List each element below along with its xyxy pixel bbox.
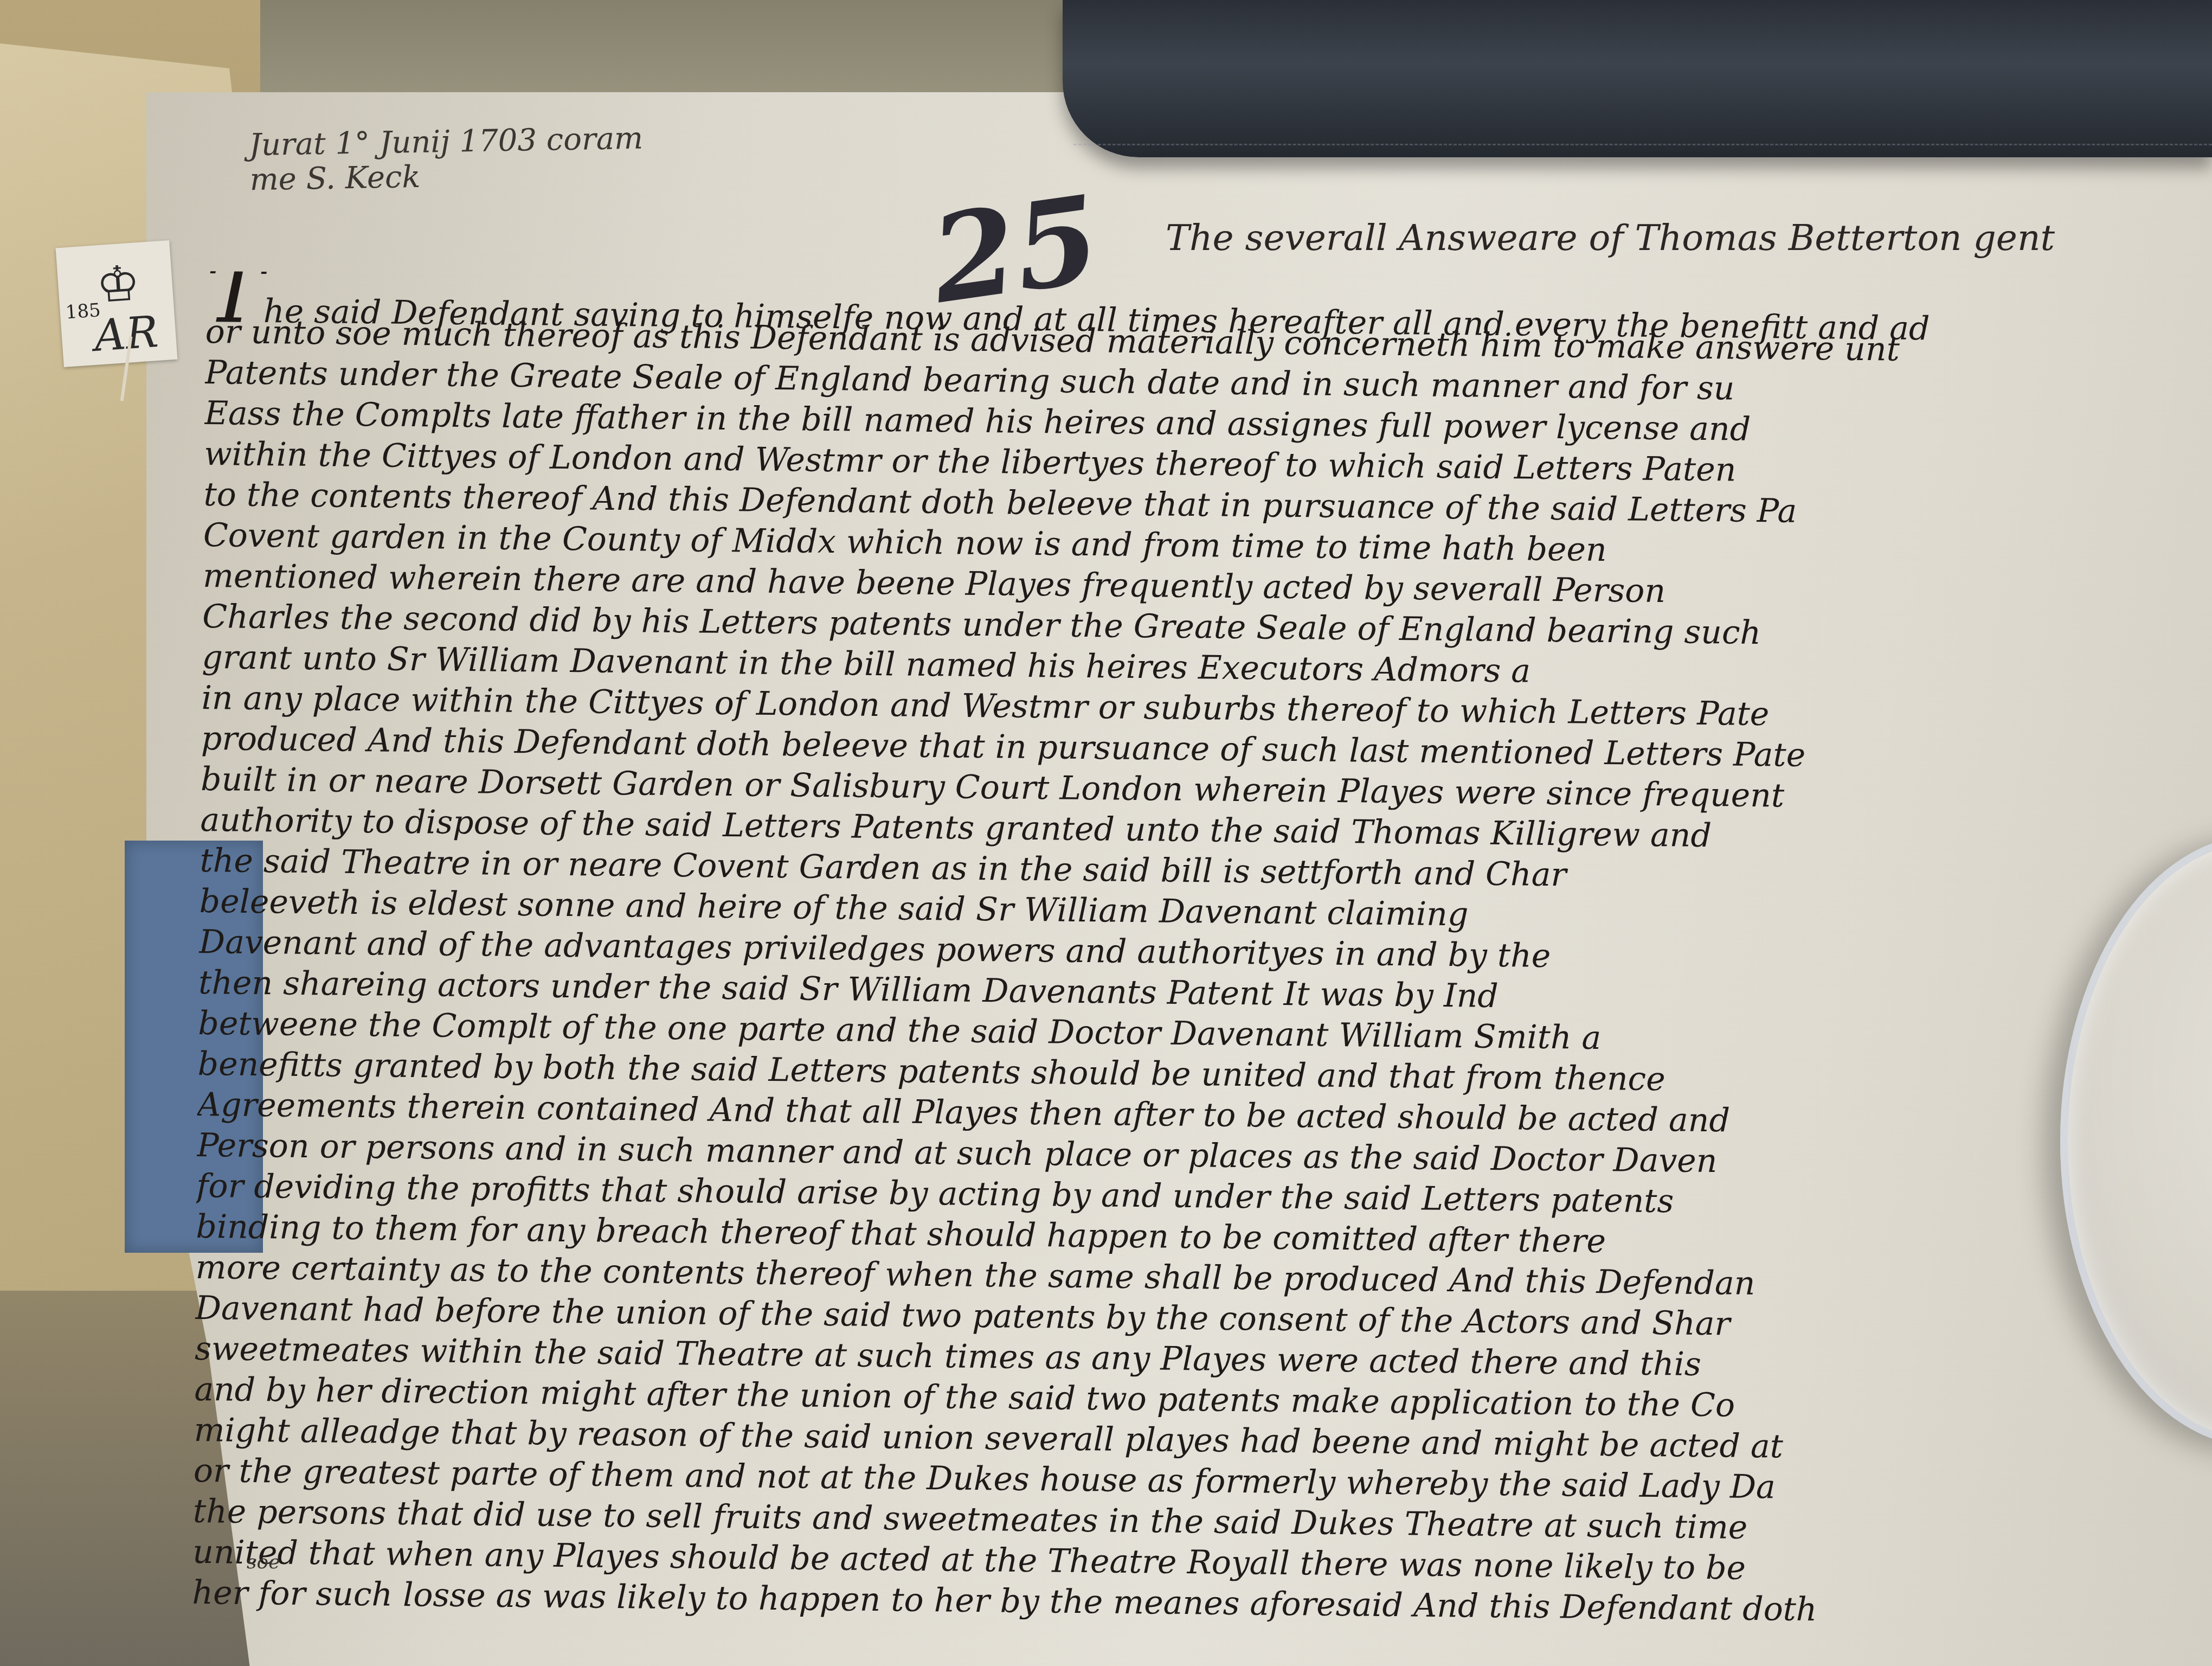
catalog-seal-tag: ♔ 185 AR <box>56 240 178 367</box>
manuscript-body: The said Defendant saving to himselfe no… <box>192 271 2212 1635</box>
margin-note: soe <box>247 1551 280 1573</box>
jurat-line-1: Jurat 1° Junij 1703 coram <box>249 121 644 163</box>
jurat-line-2: me S. Keck <box>249 156 644 198</box>
leather-case <box>1063 0 2212 157</box>
jurat-annotation: Jurat 1° Junij 1703 coram me S. Keck <box>249 121 644 198</box>
royal-monogram-icon: AR <box>93 306 160 361</box>
document-heading: The severall Answeare of Thomas Betterto… <box>1166 217 2055 259</box>
crown-icon: ♔ <box>95 259 142 310</box>
